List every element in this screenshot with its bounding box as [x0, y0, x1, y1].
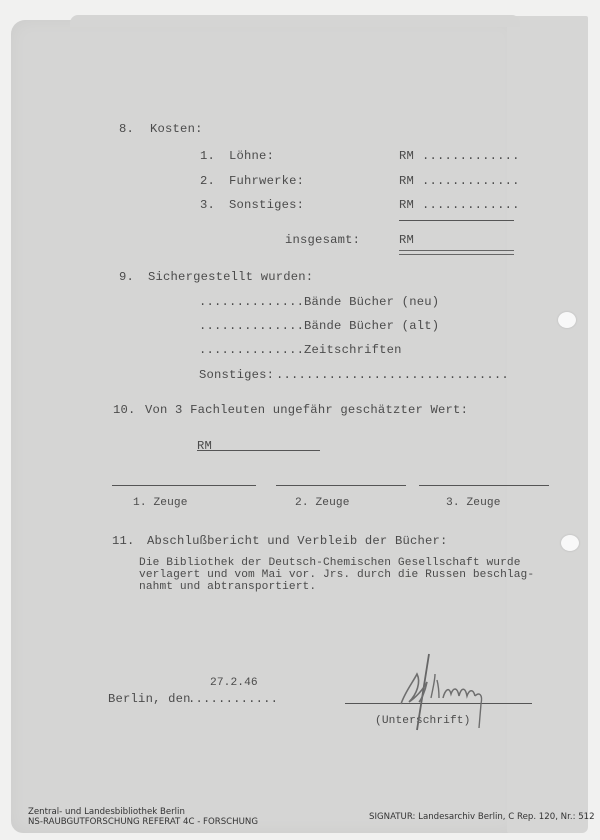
- closing-place-label: Berlin, den: [108, 692, 191, 706]
- estimated-value-field[interactable]: [197, 450, 320, 451]
- total-label: insgesamt:: [285, 233, 360, 247]
- footer-institution-line-1: Zentral- und Landesbibliothek Berlin: [28, 807, 185, 817]
- section-9-number: 9.: [119, 270, 134, 284]
- total-double-rule: [399, 250, 514, 255]
- witness-3-signature-line[interactable]: [419, 485, 549, 486]
- secured-item-1-label: Bände Bücher (neu): [304, 295, 439, 309]
- secured-other-label: Sonstiges:: [199, 368, 274, 382]
- final-report-line-1: Die Bibliothek der Deutsch-Chemischen Ge…: [139, 557, 521, 569]
- cost-item-3-number: 3.: [200, 198, 215, 212]
- secured-item-3-value[interactable]: ..............: [199, 343, 304, 357]
- closing-date-dots: ............: [188, 692, 278, 706]
- witness-1-label: 1. Zeuge: [133, 497, 188, 509]
- section-9-title: Sichergestellt wurden:: [148, 270, 313, 284]
- cost-item-2-value[interactable]: .............: [422, 174, 520, 188]
- cost-item-1-currency: RM: [399, 149, 414, 163]
- section-10-title: Von 3 Fachleuten ungefähr geschätzter We…: [145, 403, 468, 417]
- cost-item-3-label: Sonstiges:: [229, 198, 304, 212]
- cost-item-2-label: Fuhrwerke:: [229, 174, 304, 188]
- section-8-title: Kosten:: [150, 122, 203, 136]
- footer-signature-reference: SIGNATUR: Landesarchiv Berlin, C Rep. 12…: [369, 813, 595, 823]
- subtotal-rule: [399, 220, 514, 221]
- cost-item-1-label: Löhne:: [229, 149, 274, 163]
- secured-item-2-label: Bände Bücher (alt): [304, 319, 439, 333]
- secured-other-value[interactable]: ...............................: [276, 368, 509, 382]
- total-currency: RM: [399, 233, 414, 247]
- punch-hole-top: [558, 312, 576, 328]
- cost-item-3-value[interactable]: .............: [422, 198, 520, 212]
- handwritten-signature-icon: [395, 652, 505, 734]
- secured-item-3-label: Zeitschriften: [304, 343, 402, 357]
- secured-item-1-value[interactable]: ..............: [199, 295, 304, 309]
- witness-2-label: 2. Zeuge: [295, 497, 350, 509]
- section-8-number: 8.: [119, 122, 134, 136]
- witness-1-signature-line[interactable]: [112, 485, 256, 486]
- cost-item-3-currency: RM: [399, 198, 414, 212]
- cost-item-2-currency: RM: [399, 174, 414, 188]
- witness-2-signature-line[interactable]: [276, 485, 406, 486]
- final-report-line-2: verlagert und vom Mai vor. Jrs. durch di…: [139, 569, 534, 581]
- footer-institution: Zentral- und Landesbibliothek Berlin NS-…: [28, 808, 258, 827]
- cost-item-1-value[interactable]: .............: [422, 149, 520, 163]
- secured-item-2-value[interactable]: ..............: [199, 319, 304, 333]
- footer-institution-line-2: NS-RAUBGUTFORSCHUNG REFERAT 4C - FORSCHU…: [28, 817, 258, 827]
- final-report-line-3: nahmt und abtransportiert.: [139, 581, 316, 593]
- document-page-top-edge: [70, 15, 520, 27]
- section-10-number: 10.: [113, 403, 136, 417]
- section-11-number: 11.: [112, 534, 135, 548]
- cost-item-2-number: 2.: [200, 174, 215, 188]
- punch-hole-bottom: [561, 535, 579, 551]
- document-page-right-edge: [507, 16, 588, 833]
- closing-date[interactable]: 27.2.46: [210, 677, 258, 689]
- witness-3-label: 3. Zeuge: [446, 497, 501, 509]
- section-11-title: Abschlußbericht und Verbleib der Bücher:: [147, 534, 448, 548]
- cost-item-1-number: 1.: [200, 149, 215, 163]
